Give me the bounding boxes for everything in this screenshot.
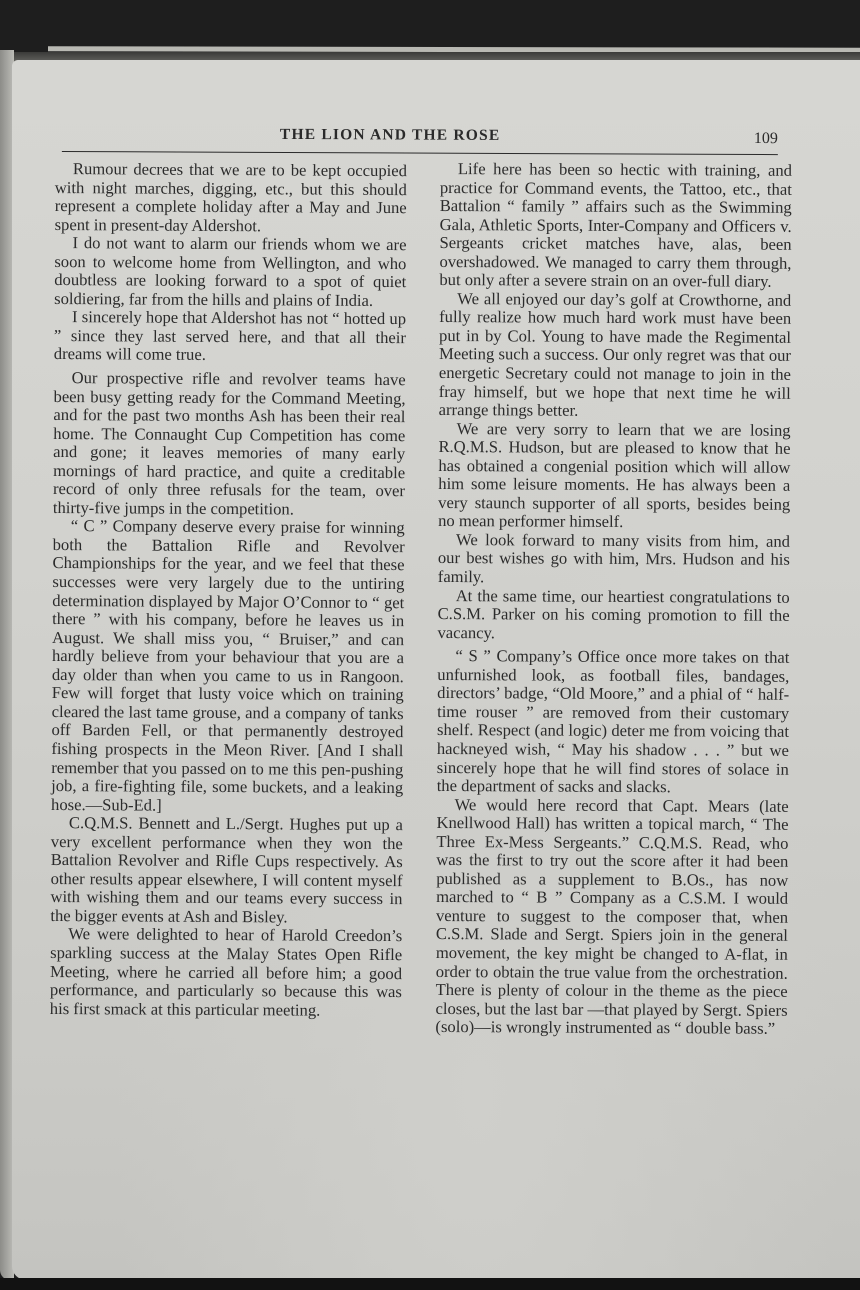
paragraph: We look forward to many visits from him,… (438, 531, 790, 588)
paragraph: “ S ” Company’s Office once more takes o… (437, 647, 790, 797)
left-column: Rumour decrees that we are to be kept oc… (50, 160, 407, 1020)
paragraph: Our prospective rifle and revolver teams… (53, 369, 406, 520)
paragraph: We would here record that Capt. Mears (l… (435, 796, 788, 1039)
page-number: 109 (754, 130, 778, 148)
book-edge-bottom (0, 1278, 860, 1290)
paragraph: “ C ” Company deserve every praise for w… (51, 517, 405, 816)
paragraph: We all enjoyed our day’s golf at Crowtho… (439, 290, 792, 422)
paragraph: C.Q.M.S. Bennett and L./Sergt. Hughes pu… (50, 814, 403, 927)
paragraph: We were delighted to hear of Harold Cree… (50, 925, 403, 1020)
paragraph: Rumour decrees that we are to be kept oc… (55, 160, 407, 236)
paragraph: I sincerely hope that Aldershot has not … (54, 308, 406, 366)
right-column: Life here has been so hectic with traini… (435, 160, 792, 1039)
paragraph: I do not want to alarm our friends whom … (54, 234, 406, 310)
paragraph: We are very sorry to learn that we are l… (438, 420, 791, 533)
page-header: THE LION AND THE ROSE 109 (62, 121, 778, 155)
paragraph: At the same time, our heartiest congratu… (437, 587, 789, 644)
paragraph: Life here has been so hectic with traini… (439, 160, 792, 292)
running-title: THE LION AND THE ROSE (280, 126, 501, 145)
